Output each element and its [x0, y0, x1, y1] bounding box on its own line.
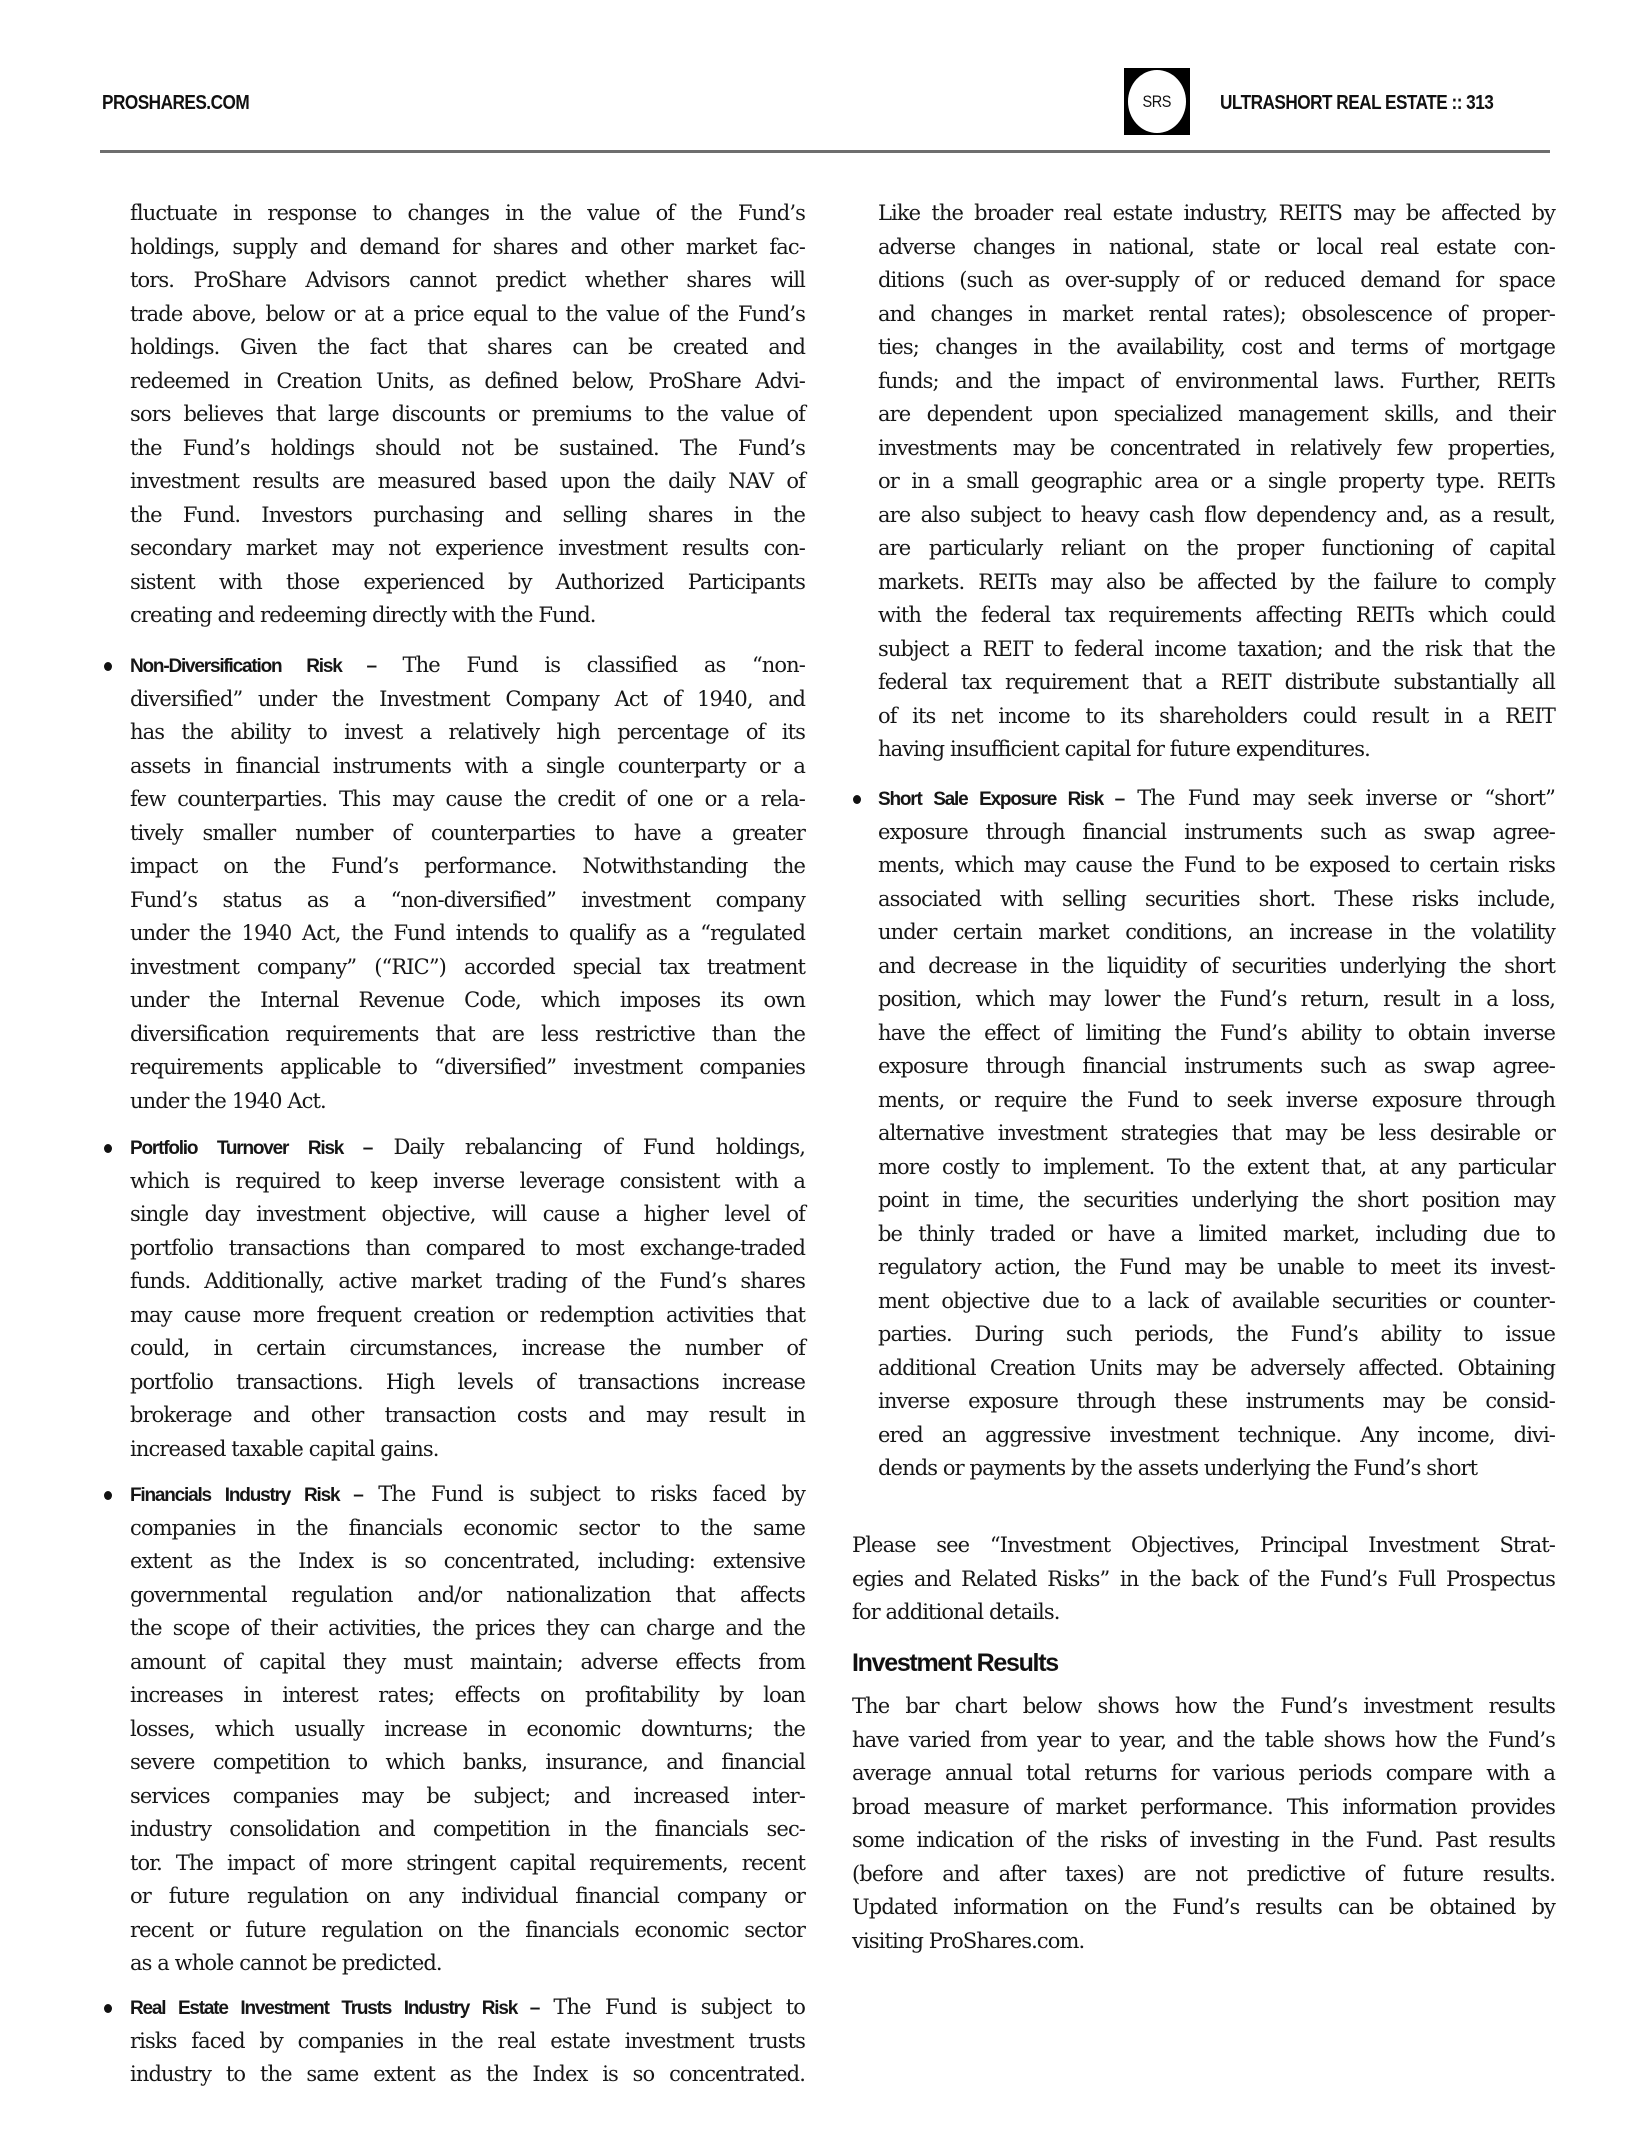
text-line: the scope of their activities, the price… — [130, 1612, 805, 1646]
text-line: may cause more frequent creation or rede… — [130, 1299, 805, 1333]
text-line: point in time, the securities underlying… — [878, 1184, 1555, 1218]
site-name: PROSHARES.COM — [102, 92, 249, 115]
risk-label: Non-Diversification Risk – — [130, 656, 376, 677]
bullet-non-diversification-risk: Non-Diversification Risk – The Fund is c… — [130, 649, 805, 1118]
text-line: holdings. Given the fact that shares can… — [130, 331, 805, 365]
text-line: recent or future regulation on the finan… — [130, 1914, 805, 1948]
text-line: losses, which usually increase in econom… — [130, 1713, 805, 1747]
text-line: Portfolio Turnover Risk – Daily rebalanc… — [130, 1131, 805, 1165]
text-line: tors. ProShare Advisors cannot predict w… — [130, 264, 805, 298]
text-line: egies and Related Risks” in the back of … — [852, 1563, 1555, 1597]
text-line: federal tax requirement that a REIT dist… — [878, 666, 1555, 700]
page-running-title: ULTRASHORT REAL ESTATE :: 313 — [1220, 92, 1493, 115]
text-line: ditions (such as over-supply of or reduc… — [878, 264, 1555, 298]
left-column: fluctuate in response to changes in the … — [130, 197, 805, 2147]
text-line: under the 1940 Act, the Fund intends to … — [130, 917, 805, 951]
text-line: are particularly reliant on the proper f… — [878, 532, 1555, 566]
bullet-icon — [104, 1491, 112, 1500]
text-line: average annual total returns for various… — [852, 1757, 1555, 1791]
text-line: impact on the Fund’s performance. Notwit… — [130, 850, 805, 884]
bullet-icon — [104, 2004, 112, 2013]
text-line: under the Internal Revenue Code, which i… — [130, 984, 805, 1018]
text-line: Financials Industry Risk – The Fund is s… — [130, 1478, 805, 1512]
text-line: funds. Additionally, active market tradi… — [130, 1265, 805, 1299]
risk-label: Portfolio Turnover Risk – — [130, 1138, 372, 1159]
text-line: have varied from year to year, and the t… — [852, 1724, 1555, 1758]
text-line: dends or payments by the assets underlyi… — [878, 1452, 1555, 1486]
text-line: investment company” (“RIC”) accorded spe… — [130, 951, 805, 985]
text-line: investments may be concentrated in relat… — [878, 432, 1555, 466]
text-line: subject a REIT to federal income taxatio… — [878, 633, 1555, 667]
text-line: portfolio transactions than compared to … — [130, 1232, 805, 1266]
bullet-icon — [853, 795, 861, 804]
text-line: ties; changes in the availability, cost … — [878, 331, 1555, 365]
risk-label: Financials Industry Risk – — [130, 1485, 363, 1506]
text-line: trade above, below or at a price equal t… — [130, 298, 805, 332]
text-line: alternative investment strategies that m… — [878, 1117, 1555, 1151]
text-line: are also subject to heavy cash flow depe… — [878, 499, 1555, 533]
text-line: additional Creation Units may be adverse… — [878, 1352, 1555, 1386]
text-line: secondary market may not experience inve… — [130, 532, 805, 566]
risk-text-start: The Fund is classified as “non- — [402, 653, 805, 677]
text-line: portfolio transactions. High levels of t… — [130, 1366, 805, 1400]
text-line: some indication of the risks of investin… — [852, 1824, 1555, 1858]
text-line: having insufficient capital for future e… — [878, 733, 1555, 767]
text-line: exposure through financial instruments s… — [878, 1050, 1555, 1084]
bullet-financials-industry-risk: Financials Industry Risk – The Fund is s… — [130, 1478, 805, 1981]
text-line: holdings, supply and demand for shares a… — [130, 231, 805, 265]
text-line: Non-Diversification Risk – The Fund is c… — [130, 649, 805, 683]
text-line: the Fund. Investors purchasing and selli… — [130, 499, 805, 533]
header-rule — [130, 150, 1550, 153]
text-line: industry consolidation and competition i… — [130, 1813, 805, 1847]
text-line: under certain market conditions, an incr… — [878, 916, 1555, 950]
text-line: companies in the financials economic sec… — [130, 1512, 805, 1546]
text-line: diversified” under the Investment Compan… — [130, 683, 805, 717]
header-rule-left — [100, 150, 130, 153]
text-line: under the 1940 Act. — [130, 1085, 805, 1119]
bullet-icon — [104, 662, 112, 671]
risk-text-start: Daily rebalancing of Fund holdings, — [393, 1135, 805, 1159]
text-line: amount of capital they must maintain; ad… — [130, 1646, 805, 1680]
text-line: visiting ProShares.com. — [852, 1925, 1555, 1959]
text-line: (before and after taxes) are not predict… — [852, 1858, 1555, 1892]
risk-label: Short Sale Exposure Risk – — [878, 789, 1124, 810]
text-line: for additional details. — [852, 1596, 1555, 1630]
text-line: have the effect of limiting the Fund’s a… — [878, 1017, 1555, 1051]
risk-text-start: The Fund may seek inverse or “short” — [1137, 786, 1555, 810]
text-line: Like the broader real estate industry, R… — [878, 197, 1555, 231]
text-line: of its net income to its shareholders co… — [878, 700, 1555, 734]
ticker-badge-text: SRS — [1143, 92, 1171, 112]
text-line: or in a small geographic area or a singl… — [878, 465, 1555, 499]
ticker-badge-circle: SRS — [1128, 70, 1186, 133]
text-line: services companies may be subject; and i… — [130, 1780, 805, 1814]
text-line: as a whole cannot be predicted. — [130, 1947, 805, 1981]
text-line: more costly to implement. To the extent … — [878, 1151, 1555, 1185]
text-line: regulatory action, the Fund may be unabl… — [878, 1251, 1555, 1285]
text-line: exposure through financial instruments s… — [878, 816, 1555, 850]
text-line: ments, or require the Fund to seek inver… — [878, 1084, 1555, 1118]
text-line: severe competition to which banks, insur… — [130, 1746, 805, 1780]
text-line: fluctuate in response to changes in the … — [130, 197, 805, 231]
text-line: be thinly traded or have a limited marke… — [878, 1218, 1555, 1252]
bullet-reit-industry-risk: Real Estate Investment Trusts Industry R… — [130, 1991, 805, 2092]
text-line: markets. REITs may also be affected by t… — [878, 566, 1555, 600]
text-line: requirements applicable to “diversified”… — [130, 1051, 805, 1085]
risk-text-start: The Fund is subject to risks faced by — [378, 1482, 805, 1506]
text-line: sors believes that large discounts or pr… — [130, 398, 805, 432]
text-line: tor. The impact of more stringent capita… — [130, 1847, 805, 1881]
text-line: broad measure of market performance. Thi… — [852, 1791, 1555, 1825]
text-line: assets in financial instruments with a s… — [130, 750, 805, 784]
text-line: the Fund’s holdings should not be sustai… — [130, 432, 805, 466]
please-see-paragraph: Please see “Investment Objectives, Princ… — [852, 1529, 1555, 1630]
text-line: Short Sale Exposure Risk – The Fund may … — [878, 782, 1555, 816]
text-line: increases in interest rates; effects on … — [130, 1679, 805, 1713]
text-line: parties. During such periods, the Fund’s… — [878, 1318, 1555, 1352]
bullet-icon — [104, 1144, 112, 1153]
text-line: single day investment objective, will ca… — [130, 1198, 805, 1232]
text-line: Real Estate Investment Trusts Industry R… — [130, 1991, 805, 2025]
reit-risk-continued: Like the broader real estate industry, R… — [852, 197, 1555, 767]
text-line: or future regulation on any individual f… — [130, 1880, 805, 1914]
text-line: ered an aggressive investment technique.… — [878, 1419, 1555, 1453]
bullet-portfolio-turnover-risk: Portfolio Turnover Risk – Daily rebalanc… — [130, 1131, 805, 1466]
intro-paragraph: fluctuate in response to changes in the … — [130, 197, 805, 633]
text-line: funds; and the impact of environmental l… — [878, 365, 1555, 399]
text-line: The bar chart below shows how the Fund’s… — [852, 1690, 1555, 1724]
text-line: position, which may lower the Fund’s ret… — [878, 983, 1555, 1017]
text-line: diversification requirements that are le… — [130, 1018, 805, 1052]
text-line: associated with selling securities short… — [878, 883, 1555, 917]
risk-text-start: The Fund is subject to — [553, 1995, 805, 2019]
bullet-short-sale-exposure-risk: Short Sale Exposure Risk – The Fund may … — [852, 782, 1555, 1486]
text-line: inverse exposure through these instrumen… — [878, 1385, 1555, 1419]
text-line: extent as the Index is so concentrated, … — [130, 1545, 805, 1579]
text-line: ments, which may cause the Fund to be ex… — [878, 849, 1555, 883]
risk-label: Real Estate Investment Trusts Industry R… — [130, 1998, 539, 2019]
text-line: creating and redeeming directly with the… — [130, 599, 805, 633]
text-line: industry to the same extent as the Index… — [130, 2058, 805, 2092]
text-line: sistent with those experienced by Author… — [130, 566, 805, 600]
text-line: redeemed in Creation Units, as defined b… — [130, 365, 805, 399]
text-line: Updated information on the Fund’s result… — [852, 1891, 1555, 1925]
text-line: investment results are measured based up… — [130, 465, 805, 499]
text-line: increased taxable capital gains. — [130, 1433, 805, 1467]
right-column: Like the broader real estate industry, R… — [852, 197, 1555, 2147]
text-line: Fund’s status as a “non-diversified” inv… — [130, 884, 805, 918]
text-line: risks faced by companies in the real est… — [130, 2025, 805, 2059]
text-line: could, in certain circumstances, increas… — [130, 1332, 805, 1366]
text-line: few counterparties. This may cause the c… — [130, 783, 805, 817]
text-line: Please see “Investment Objectives, Princ… — [852, 1529, 1555, 1563]
section-heading-investment-results: Investment Results — [852, 1647, 1058, 1681]
text-line: ment objective due to a lack of availabl… — [878, 1285, 1555, 1319]
text-line: and changes in market rental rates); obs… — [878, 298, 1555, 332]
investment-results-paragraph: The bar chart below shows how the Fund’s… — [852, 1690, 1555, 1958]
text-line: which is required to keep inverse levera… — [130, 1165, 805, 1199]
text-line: tively smaller number of counterparties … — [130, 817, 805, 851]
text-line: adverse changes in national, state or lo… — [878, 231, 1555, 265]
text-line: governmental regulation and/or nationali… — [130, 1579, 805, 1613]
text-line: and decrease in the liquidity of securit… — [878, 950, 1555, 984]
text-line: are dependent upon specialized managemen… — [878, 398, 1555, 432]
ticker-badge-icon: SRS — [1124, 68, 1190, 135]
text-line: has the ability to invest a relatively h… — [130, 716, 805, 750]
text-line: brokerage and other transaction costs an… — [130, 1399, 805, 1433]
text-line: with the federal tax requirements affect… — [878, 599, 1555, 633]
